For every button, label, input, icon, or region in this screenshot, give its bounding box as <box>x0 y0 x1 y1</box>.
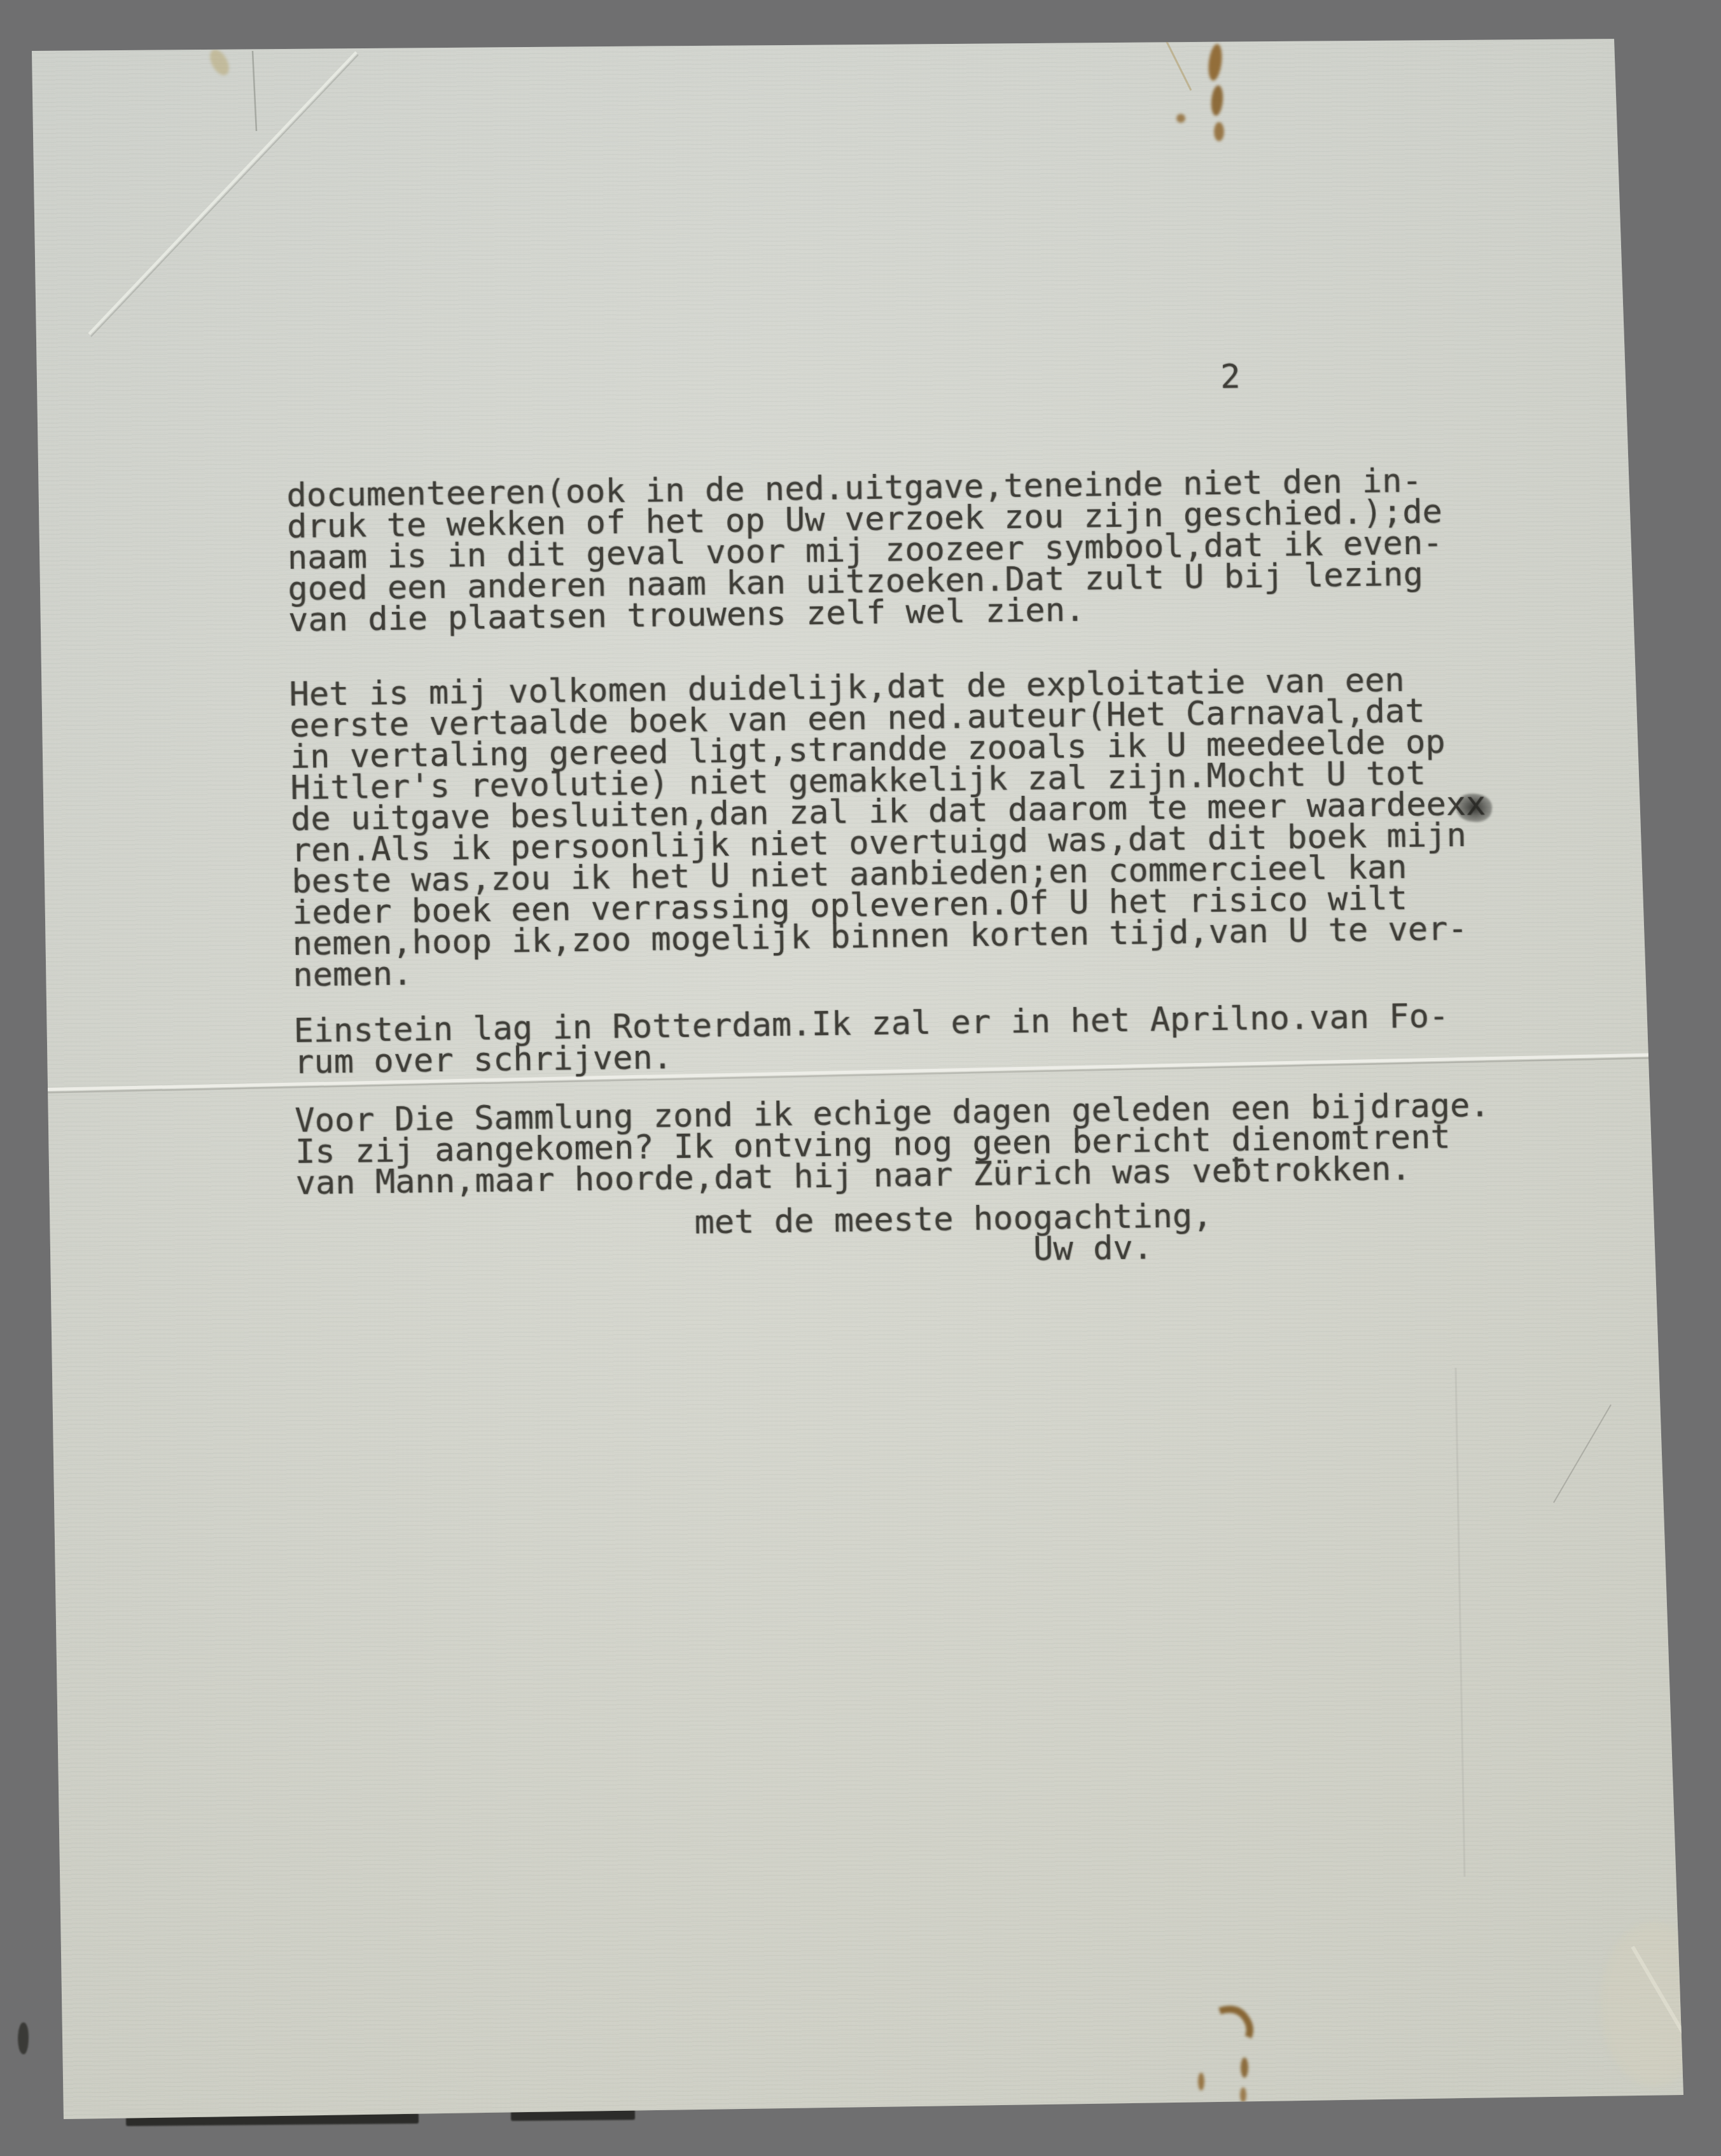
paragraph-4: Voor Die Sammlung zond ik echige dagen g… <box>295 1090 1491 1199</box>
paragraph-3: Einstein lag in Rotterdam.Ik zal er in h… <box>293 1001 1449 1078</box>
page-number: 2 <box>1220 361 1241 393</box>
paragraph-2: Het is mij volkomen duidelijk,dat de exp… <box>289 664 1488 991</box>
signature-initials: Uw dv. <box>1033 1232 1153 1265</box>
letter-page: 2 documenteeren(ook in de ned.uitgave,te… <box>0 0 1721 2156</box>
paragraph-1: documenteeren(ook in de ned.uitgave,tene… <box>286 465 1444 636</box>
typed-content: 2 documenteeren(ook in de ned.uitgave,te… <box>0 0 1721 2156</box>
background-ink-mark <box>17 2022 30 2055</box>
scan-background: 2 documenteeren(ook in de ned.uitgave,te… <box>0 0 1721 2156</box>
